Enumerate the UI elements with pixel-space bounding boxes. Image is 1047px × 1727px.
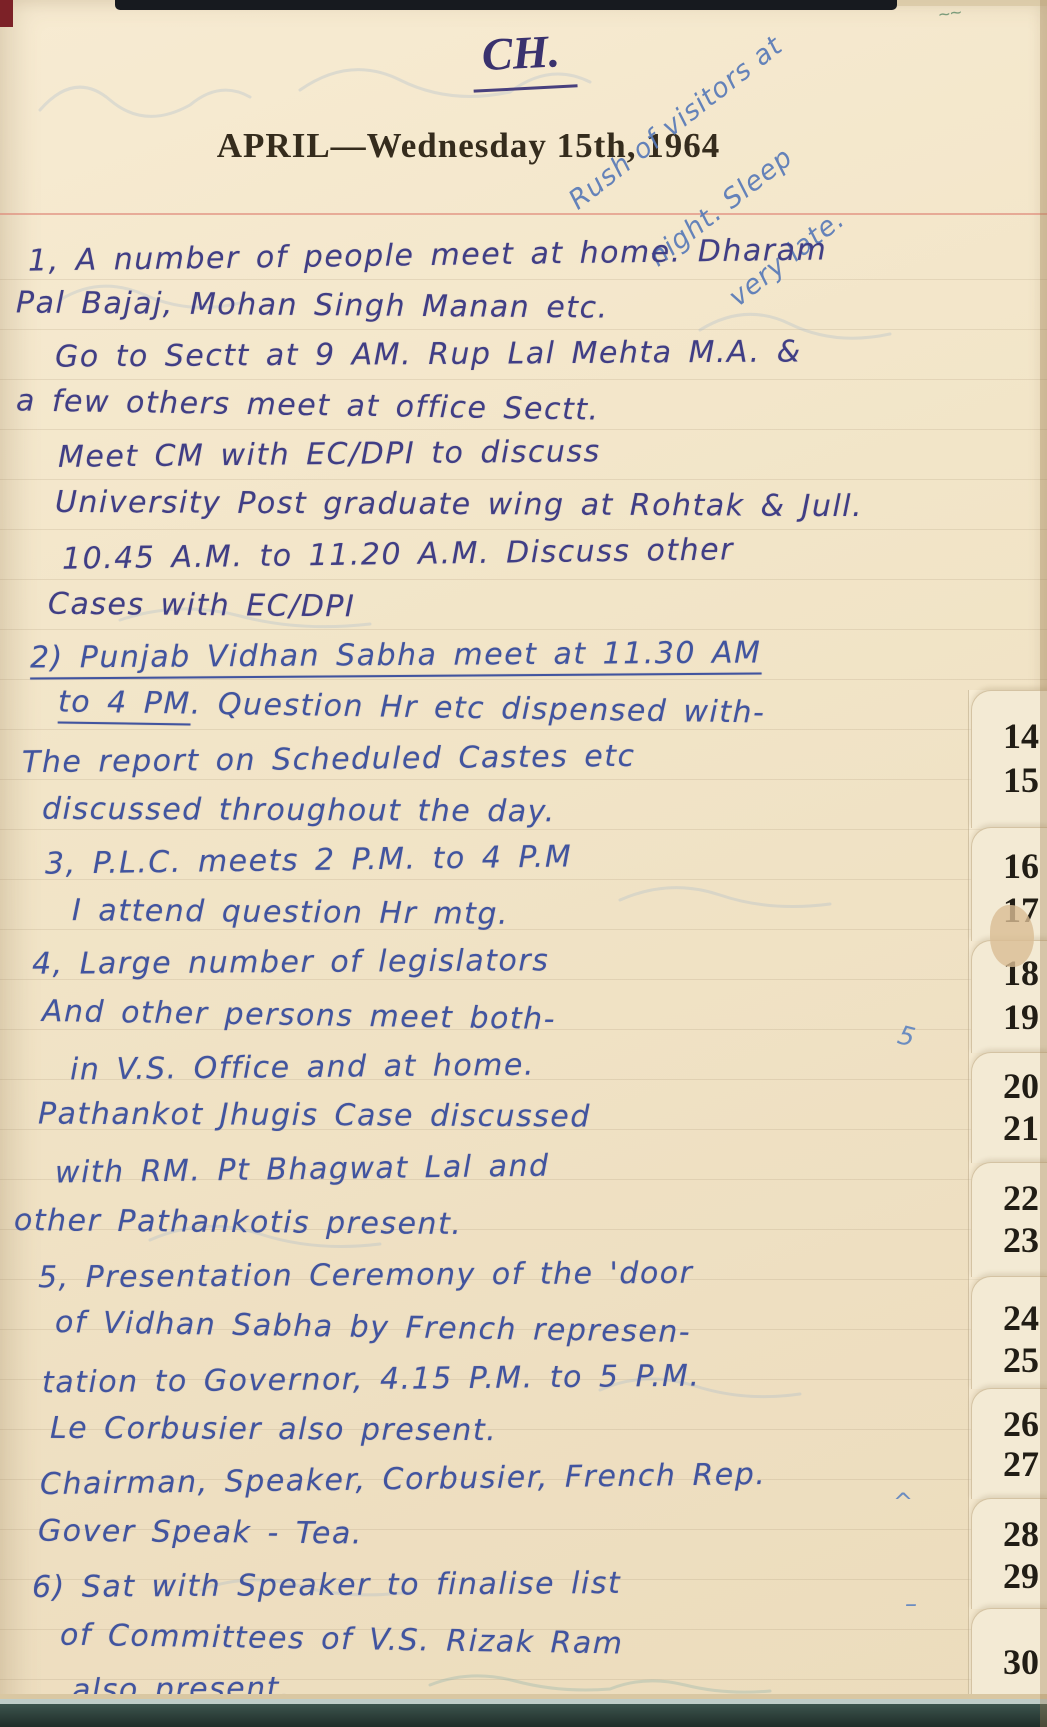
date-tab-21: 21 (991, 1110, 1039, 1146)
date-tab-14: 14 (991, 718, 1039, 754)
monogram: CH. (470, 23, 577, 92)
diary-line-26: Gover Speak - Tea. (38, 1514, 363, 1552)
date-tab-30: 30 (991, 1644, 1039, 1680)
date-tab-19: 19 (991, 999, 1039, 1035)
diary-line-20: other Pathankotis present. (14, 1203, 463, 1242)
diary-line-15: 4, Large number of legislators (32, 943, 550, 982)
date-tab-25: 25 (991, 1342, 1039, 1378)
diary-line-10: to 4 PM. Question Hr etc dispensed with- (58, 684, 766, 730)
diary-line-12: discussed throughout the day. (42, 792, 556, 830)
diary-line-18: Pathankot Jhugis Case discussed (38, 1097, 591, 1135)
date-tab-15: 15 (991, 762, 1039, 798)
diary-line-19: with RM. Pt Bhagwat Lal and (55, 1149, 550, 1191)
bottom-binding-band (0, 1704, 1047, 1727)
diary-line-5: Meet CM with EC/DPI to discuss (58, 434, 601, 475)
diary-line-27: 6) Sat with Speaker to finalise list (32, 1566, 621, 1605)
date-tab-23: 23 (991, 1222, 1039, 1258)
right-page-edge (1040, 0, 1047, 1727)
date-tab-27: 27 (991, 1446, 1039, 1482)
diary-line-3: Go to Sectt at 9 AM. Rup Lal Mehta M.A. … (55, 334, 802, 374)
diary-line-11: The report on Scheduled Castes etc (22, 739, 636, 780)
diary-line-8: Cases with EC/DPI (48, 587, 356, 625)
date-tab-26: 26 (991, 1406, 1039, 1442)
top-right-ink-smudge: ~~ (937, 0, 1009, 23)
diary-line-4: a few others meet at office Sectt. (16, 383, 600, 427)
date-tab-16: 16 (991, 848, 1039, 884)
stray-ink-caret: ^ (893, 1488, 913, 1516)
diary-line-2: Pal Bajaj, Mohan Singh Manan etc. (16, 285, 609, 325)
diary-line-9: 2) Punjab Vidhan Sabha meet at 11.30 AM (30, 635, 762, 675)
diary-line-14: I attend question Hr mtg. (72, 893, 509, 932)
pink-margin-rule (0, 213, 1047, 215)
diary-line-21: 5, Presentation Ceremony of the 'door (38, 1256, 694, 1296)
date-tab-28: 28 (991, 1516, 1039, 1552)
date-tab-22: 22 (991, 1180, 1039, 1216)
printed-date-heading: APRIL—Wednesday 15th, 1964 (0, 126, 1047, 166)
diary-page: ~~ CH. APRIL—Wednesday 15th, 1964 Rush o… (0, 0, 1047, 1727)
diary-line-13: 3, P.L.C. meets 2 P.M. to 4 P.M (45, 839, 573, 881)
diary-line-23: tation to Governor, 4.15 P.M. to 5 P.M. (42, 1359, 701, 1401)
date-tab-strip: 1415161718192021222324252627282930 (968, 690, 1047, 1698)
diary-line-1: 1, A number of people meet at home. Dhar… (28, 232, 828, 278)
top-page-edge (115, 0, 897, 10)
stray-ink-mark: 5 (895, 1020, 918, 1053)
torn-paper-patch (990, 905, 1034, 967)
diary-line-22: of Vidhan Sabha by French represen- (55, 1305, 692, 1350)
diary-line-7: 10.45 A.M. to 11.20 A.M. Discuss other (62, 532, 734, 576)
top-left-binding-mark (0, 0, 13, 27)
diary-line-24: Le Corbusier also present. (50, 1411, 497, 1448)
date-tab-29: 29 (991, 1558, 1039, 1594)
tab-layer-1 (971, 690, 1047, 828)
underlined-phrase: to 4 PM (58, 684, 191, 721)
stray-ink-dash: – (905, 1590, 917, 1618)
date-tab-24: 24 (991, 1300, 1039, 1336)
diary-line-6: University Post graduate wing at Rohtak … (55, 485, 863, 524)
date-tab-20: 20 (991, 1068, 1039, 1104)
diary-line-28: of Committees of V.S. Rizak Ram (60, 1618, 624, 1662)
diary-line-17: in V.S. Office and at home. (70, 1048, 535, 1088)
diary-line-16: And other persons meet both- (42, 994, 557, 1037)
diary-line-25: Chairman, Speaker, Corbusier, French Rep… (40, 1457, 767, 1502)
